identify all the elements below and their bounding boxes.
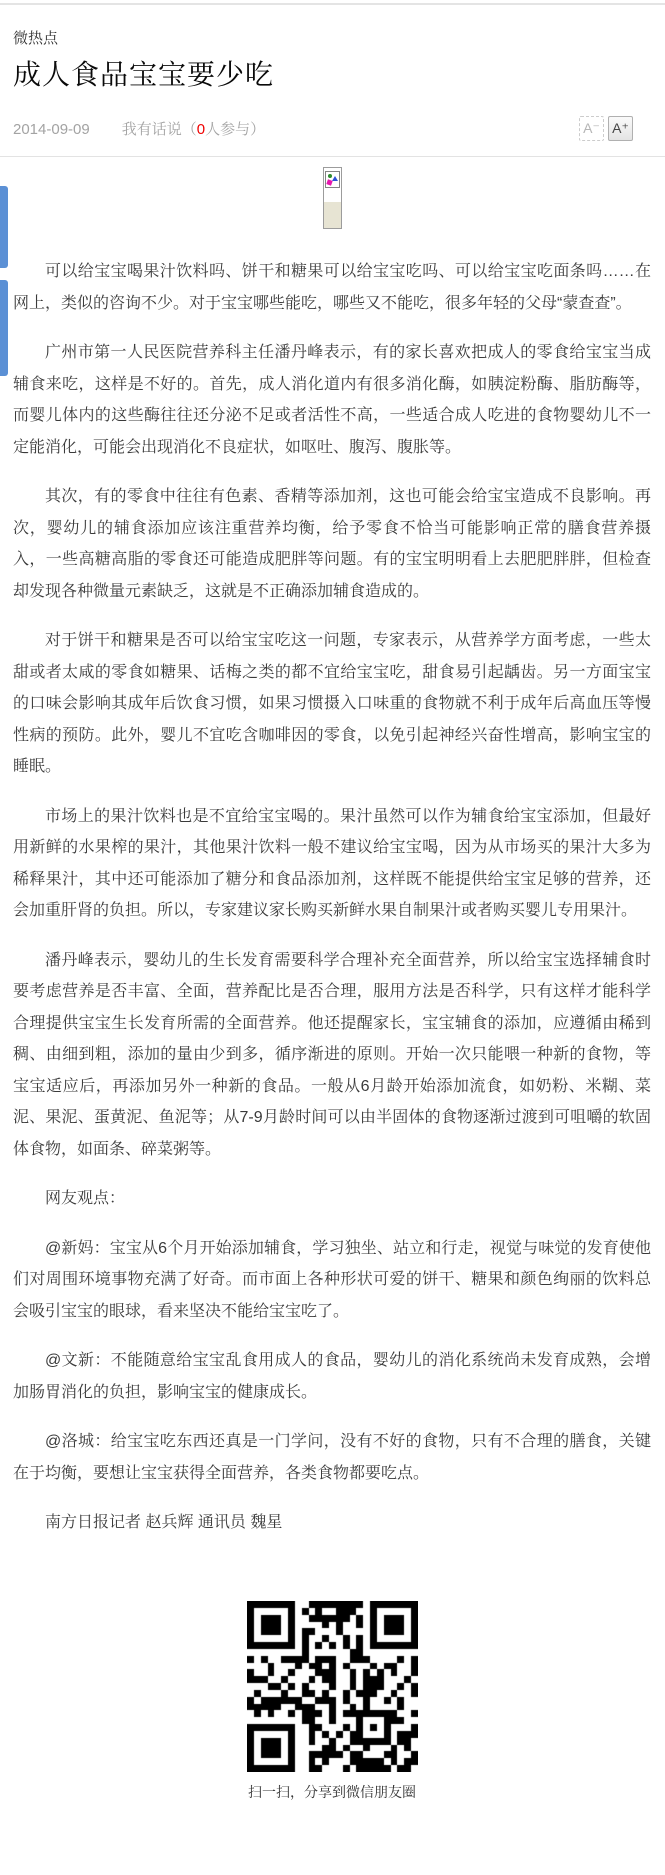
article-body: 可以给宝宝喝果汁饮料吗、饼干和糖果可以给宝宝吃吗、可以给宝宝吃面条吗……在网上，… xyxy=(0,167,665,1801)
broken-image-icon xyxy=(325,171,340,188)
broken-image-placeholder xyxy=(323,167,342,229)
font-increase-button[interactable]: A⁺ xyxy=(608,116,633,141)
article-paragraph: 可以给宝宝喝果汁饮料吗、饼干和糖果可以给宝宝吃吗、可以给宝宝吃面条吗……在网上，… xyxy=(13,256,651,319)
article-paragraph: @新妈：宝宝从6个月开始添加辅食，学习独坐、站立和行走，视觉与味觉的发育使他们对… xyxy=(13,1233,651,1328)
font-decrease-button[interactable]: A⁻ xyxy=(579,116,604,141)
comment-prefix: 我有话说（ xyxy=(122,121,197,138)
page-title: 成人食品宝宝要少吃 xyxy=(13,58,649,92)
share-widget-bottom[interactable] xyxy=(0,280,8,376)
share-widget-top[interactable] xyxy=(0,186,8,268)
article-paragraph: 对于饼干和糖果是否可以给宝宝吃这一问题，专家表示，从营养学方面考虑，一些太甜或者… xyxy=(13,625,651,783)
comment-suffix: 人参与） xyxy=(205,121,265,138)
article-paragraph: 市场上的果汁饮料也是不宜给宝宝喝的。果汁虽然可以作为辅食给宝宝添加，但最好用新鲜… xyxy=(13,801,651,927)
top-divider xyxy=(0,0,665,5)
header-divider xyxy=(0,156,665,157)
comment-count: 0 xyxy=(197,121,205,138)
article-paragraph: @洛城：给宝宝吃东西还真是一门学问，没有不好的食物，只有不合理的膳食，关键在于均… xyxy=(13,1426,651,1489)
article-date: 2014-09-09 xyxy=(13,121,90,138)
article-paragraph: @文新：不能随意给宝宝乱食用成人的食品，婴幼儿的消化系统尚未发育成熟，会增加肠胃… xyxy=(13,1345,651,1408)
article-paragraph: 网友观点： xyxy=(13,1183,651,1215)
meta-row: 2014-09-09我有话说（0人参与） A⁻ A⁺ xyxy=(13,116,649,144)
comment-link[interactable]: 我有话说（0人参与） xyxy=(122,121,265,138)
article-page: { "page": { "category": "微热点", "title": … xyxy=(0,0,665,1875)
wechat-share-section: 扫一扫，分享到微信朋友圈 xyxy=(13,1601,651,1801)
article-paragraph: 其次，有的零食中往往有色素、香精等添加剂，这也可能会给宝宝造成不良影响。再次，婴… xyxy=(13,481,651,607)
article-paragraph: 南方日报记者 赵兵辉 通讯员 魏星 xyxy=(13,1507,651,1539)
category-label: 微热点 xyxy=(13,30,649,48)
wechat-qr-code xyxy=(247,1601,418,1772)
article-header: 微热点 成人食品宝宝要少吃 2014-09-09我有话说（0人参与） A⁻ A⁺ xyxy=(0,30,665,144)
paragraph-container: 可以给宝宝喝果汁饮料吗、饼干和糖果可以给宝宝吃吗、可以给宝宝吃面条吗……在网上，… xyxy=(13,256,651,1539)
qr-caption: 扫一扫，分享到微信朋友圈 xyxy=(13,1783,651,1801)
article-paragraph: 潘丹峰表示，婴幼儿的生长发育需要科学合理补充全面营养，所以给宝宝选择辅食时要考虑… xyxy=(13,945,651,1166)
article-paragraph: 广州市第一人民医院营养科主任潘丹峰表示，有的家长喜欢把成人的零食给宝宝当成辅食来… xyxy=(13,337,651,463)
